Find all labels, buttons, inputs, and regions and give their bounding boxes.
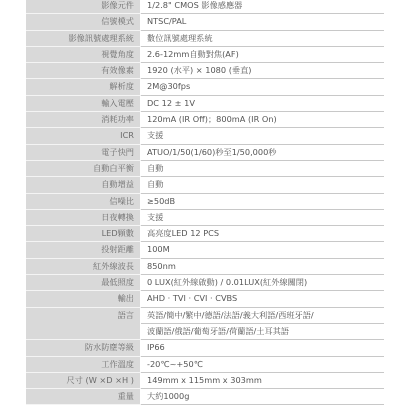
spec-value-language-line1: 英語/簡中/繁中/德語/法語/義大利語/西班牙語/	[141, 307, 385, 323]
spec-row: 影像元件1/2.8" CMOS 影像感應器	[26, 0, 384, 14]
spec-row: 尺寸 (W ×D ×H )149mm x 115mm x 303mm	[26, 372, 384, 388]
spec-value: ≥50dB	[141, 193, 385, 209]
spec-label: 消耗功率	[26, 112, 141, 128]
spec-value: ATUO/1/50(1/60)秒至1/50,000秒	[141, 144, 385, 160]
spec-value: 支援	[141, 209, 385, 225]
spec-row: 防水防塵等級IP66	[26, 340, 384, 356]
spec-row: 工作溫度-20℃~+50℃	[26, 356, 384, 372]
spec-value-language-line2: 波蘭語/俄語/葡萄牙語/荷蘭語/土耳其語	[141, 323, 385, 339]
spec-value: 100M	[141, 242, 385, 258]
spec-label: 自動白平衡	[26, 160, 141, 176]
spec-label: 工作溫度	[26, 356, 141, 372]
spec-row: 影像訊號處理系統數位訊號處理系統	[26, 30, 384, 46]
spec-row: 自動增益自動	[26, 177, 384, 193]
spec-value: 120mA (IR Off)；800mA (IR On)	[141, 112, 385, 128]
spec-row: 解析度2M@30fps	[26, 79, 384, 95]
spec-row: 輸入電壓DC 12 ± 1V	[26, 95, 384, 111]
spec-label: 重量	[26, 389, 141, 405]
spec-label: LED顆數	[26, 226, 141, 242]
spec-value: 1/2.8" CMOS 影像感應器	[141, 0, 385, 14]
spec-row: 自動白平衡自動	[26, 160, 384, 176]
spec-row: 消耗功率120mA (IR Off)；800mA (IR On)	[26, 112, 384, 128]
spec-label: 有效像素	[26, 63, 141, 79]
spec-label: 最低照度	[26, 275, 141, 291]
spec-row: LED顆數高亮度LED 12 PCS	[26, 226, 384, 242]
spec-label: 紅外線波長	[26, 258, 141, 274]
spec-row: 信噪比≥50dB	[26, 193, 384, 209]
spec-row: 電子快門ATUO/1/50(1/60)秒至1/50,000秒	[26, 144, 384, 160]
spec-value: -20℃~+50℃	[141, 356, 385, 372]
spec-value: DC 12 ± 1V	[141, 95, 385, 111]
spec-row: 有效像素1920 (水平) × 1080 (垂直)	[26, 63, 384, 79]
spec-table: 影像元件1/2.8" CMOS 影像感應器 信號模式NTSC/PAL 影像訊號處…	[26, 0, 384, 405]
spec-value: 1920 (水平) × 1080 (垂直)	[141, 63, 385, 79]
spec-value: 自動	[141, 160, 385, 176]
spec-label-language: 語言	[26, 307, 141, 340]
spec-label: ICR	[26, 128, 141, 144]
spec-value: IP66	[141, 340, 385, 356]
spec-value: 支援	[141, 128, 385, 144]
spec-label: 尺寸 (W ×D ×H )	[26, 372, 141, 388]
spec-value: 850nm	[141, 258, 385, 274]
spec-label: 視覺角度	[26, 46, 141, 62]
spec-row: 重量大約1000g	[26, 389, 384, 405]
spec-label: 信號模式	[26, 14, 141, 30]
spec-label: 防水防塵等級	[26, 340, 141, 356]
spec-value: 0 LUX(紅外線啟動) / 0.01LUX(紅外線關閉)	[141, 275, 385, 291]
spec-label: 輸入電壓	[26, 95, 141, 111]
spec-value: NTSC/PAL	[141, 14, 385, 30]
spec-value: 2M@30fps	[141, 79, 385, 95]
spec-label: 自動增益	[26, 177, 141, 193]
spec-label: 輸出	[26, 291, 141, 307]
spec-value: 高亮度LED 12 PCS	[141, 226, 385, 242]
spec-row-language: 語言 英語/簡中/繁中/德語/法語/義大利語/西班牙語/	[26, 307, 384, 323]
spec-row: 信號模式NTSC/PAL	[26, 14, 384, 30]
spec-label: 信噪比	[26, 193, 141, 209]
spec-row: 日夜轉換支援	[26, 209, 384, 225]
spec-label: 電子快門	[26, 144, 141, 160]
spec-value: 2.6-12mm自動對焦(AF)	[141, 46, 385, 62]
spec-label: 影像元件	[26, 0, 141, 14]
spec-label: 投射距離	[26, 242, 141, 258]
spec-row: 最低照度0 LUX(紅外線啟動) / 0.01LUX(紅外線關閉)	[26, 275, 384, 291]
spec-row: 輸出AHD · TVI · CVI · CVBS	[26, 291, 384, 307]
spec-value: 自動	[141, 177, 385, 193]
spec-row: 投射距離100M	[26, 242, 384, 258]
spec-row: 紅外線波長850nm	[26, 258, 384, 274]
spec-label: 影像訊號處理系統	[26, 30, 141, 46]
spec-table-body: 影像元件1/2.8" CMOS 影像感應器 信號模式NTSC/PAL 影像訊號處…	[26, 0, 384, 405]
spec-value: AHD · TVI · CVI · CVBS	[141, 291, 385, 307]
spec-label: 日夜轉換	[26, 209, 141, 225]
spec-row: 視覺角度2.6-12mm自動對焦(AF)	[26, 46, 384, 62]
spec-row: ICR支援	[26, 128, 384, 144]
spec-label: 解析度	[26, 79, 141, 95]
spec-value: 149mm x 115mm x 303mm	[141, 372, 385, 388]
spec-value: 數位訊號處理系統	[141, 30, 385, 46]
spec-value: 大約1000g	[141, 389, 385, 405]
